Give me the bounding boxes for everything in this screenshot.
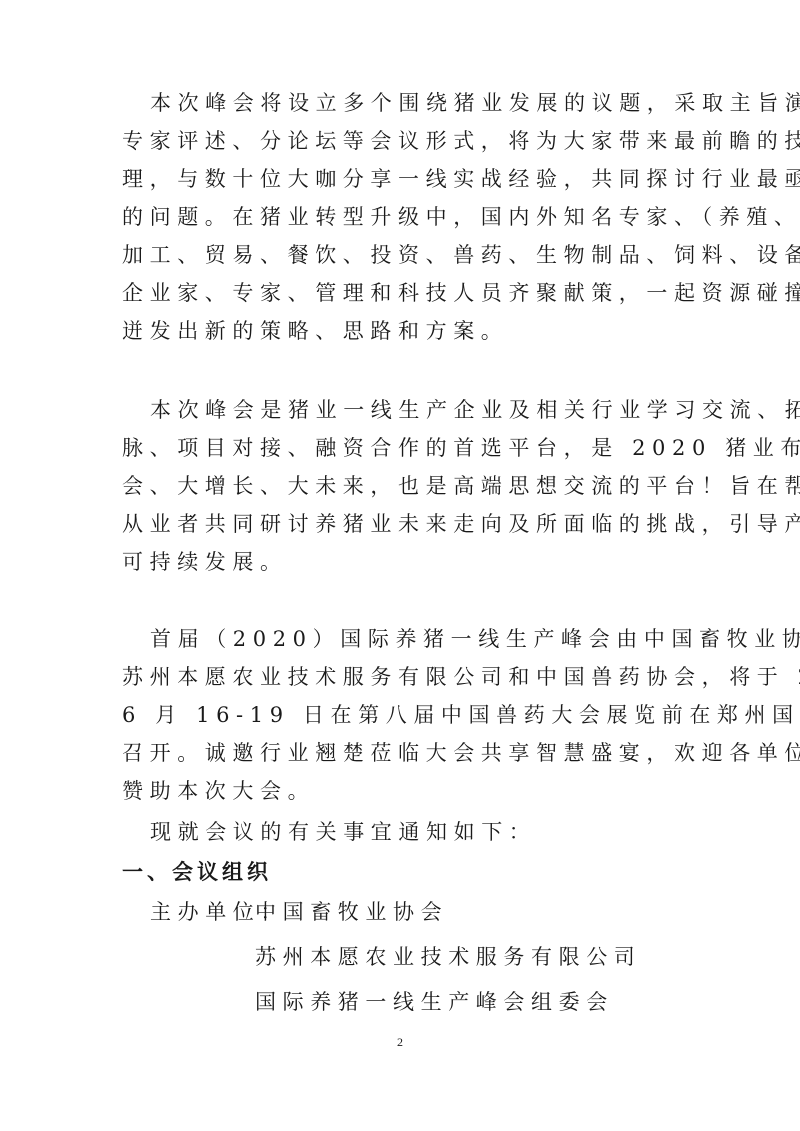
document-page: 本次峰会将设立多个围绕猪业发展的议题，采取主旨演讲、 专家评述、分论坛等会议形式… <box>0 0 800 1131</box>
paragraph-4-line-1: 现就会议的有关事宜通知如下： <box>150 818 710 846</box>
paragraph-2-line-2: 脉、项目对接、融资合作的首选平台，是 2020 猪业布局的大机 <box>122 434 682 462</box>
paragraph-2-line-5: 可持续发展。 <box>122 548 682 576</box>
paragraph-2-line-3: 会、大增长、大未来，也是高端思想交流的平台！旨在帮助猪业 <box>122 472 682 500</box>
paragraph-1-line-1: 本次峰会将设立多个围绕猪业发展的议题，采取主旨演讲、 <box>150 89 710 117</box>
paragraph-1-line-6: 企业家、专家、管理和科技人员齐聚献策，一起资源碰撞，定会 <box>122 279 682 307</box>
paragraph-3-line-1: 首届（2020）国际养猪一线生产峰会由中国畜牧业协会联合 <box>150 625 710 653</box>
section-heading: 一、会议组织 <box>122 858 682 886</box>
paragraph-3-line-4: 召开。诚邀行业翘楚莅临大会共享智慧盛宴，欢迎各单位支持并 <box>122 739 682 767</box>
paragraph-2-line-4: 从业者共同研讨养猪业未来走向及所面临的挑战，引导产业健康 <box>122 510 682 538</box>
page-number: 2 <box>0 1035 800 1050</box>
organizer-item-1: 中国畜牧业协会 <box>255 898 800 926</box>
paragraph-1-line-5: 加工、贸易、餐饮、投资、兽药、生物制品、饲料、设备等）的 <box>122 241 682 269</box>
paragraph-1-line-7: 迸发出新的策略、思路和方案。 <box>122 317 682 345</box>
paragraph-1-line-3: 理，与数十位大咖分享一线实战经验，共同探讨行业最亟需解决 <box>122 165 682 193</box>
paragraph-1-line-4: 的问题。在猪业转型升级中，国内外知名专家、（养殖、屠宰、 <box>122 203 682 231</box>
organizer-item-3: 国际养猪一线生产峰会组委会 <box>255 988 800 1016</box>
paragraph-1-line-2: 专家评述、分论坛等会议形式，将为大家带来最前瞻的技术与管 <box>122 127 682 155</box>
paragraph-3-line-5: 赞助本次大会。 <box>122 777 682 805</box>
organizer-item-2: 苏州本愿农业技术服务有限公司 <box>255 943 800 971</box>
paragraph-3-line-2: 苏州本愿农业技术服务有限公司和中国兽药协会，将于 2020 年 <box>122 663 682 691</box>
paragraph-3-line-3: 6 月 16-19 日在第八届中国兽药大会展览前在郑州国际会展中心 <box>122 701 682 729</box>
paragraph-2-line-1: 本次峰会是猪业一线生产企业及相关行业学习交流、拓展人 <box>150 396 710 424</box>
